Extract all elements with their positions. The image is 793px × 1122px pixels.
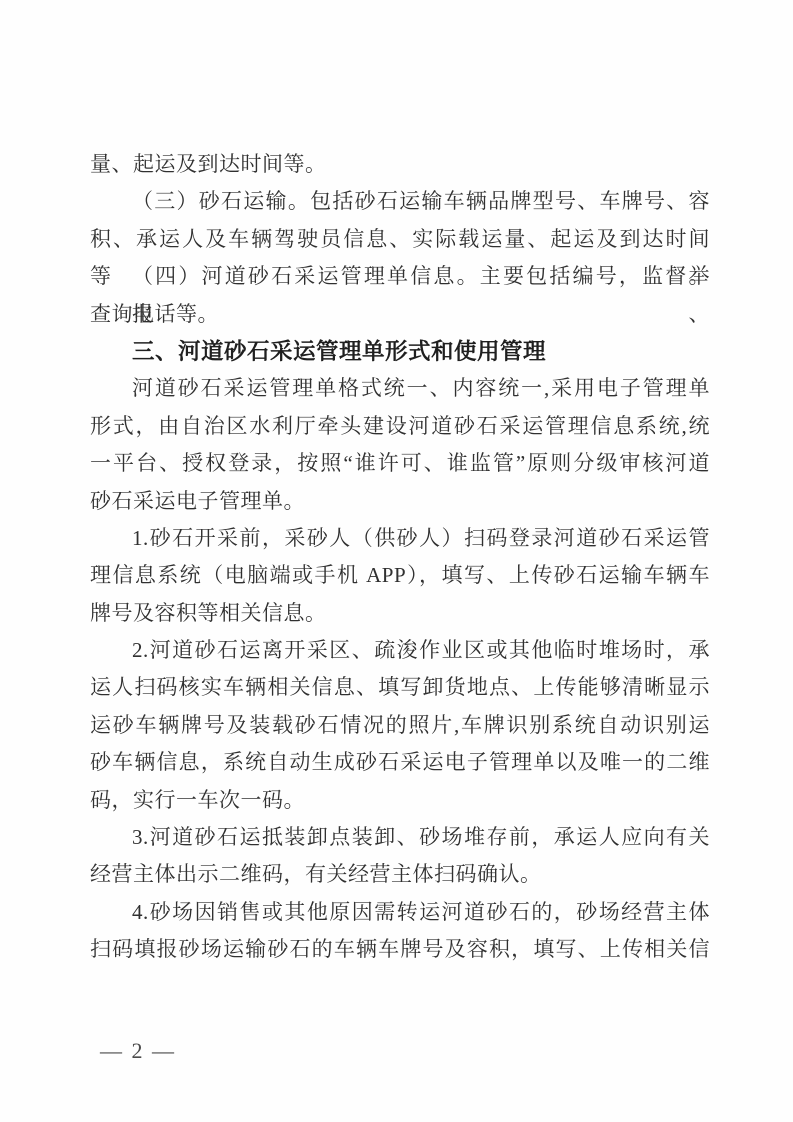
text-line: 一平台、授权登录，按照“谁许可、谁监管”原则分级审核河道: [90, 445, 710, 482]
document-text-block: 量、起运及到达时间等。 （三）砂石运输。包括砂石运输车辆品牌型号、车牌号、容 积…: [90, 146, 710, 969]
text-line: 砂石采运电子管理单。: [90, 483, 710, 520]
text-line: 扫码填报砂场运输砂石的车辆车牌号及容积，填写、上传相关信: [90, 931, 710, 968]
text-line: （四）河道砂石采运管理单信息。主要包括编号，监督举报、: [90, 258, 710, 295]
text-line: 2.河道砂石运离开采区、疏浚作业区或其他临时堆场时，承: [90, 632, 710, 669]
text-line: 4.砂场因销售或其他原因需转运河道砂石的，砂场经营主体: [90, 894, 710, 931]
document-page: 量、起运及到达时间等。 （三）砂石运输。包括砂石运输车辆品牌型号、车牌号、容 积…: [0, 0, 793, 1122]
text-line: 量、起运及到达时间等。: [90, 146, 710, 183]
text-line: 码，实行一车次一码。: [90, 782, 710, 819]
text-line: 理信息系统（电脑端或手机 APP），填写、上传砂石运输车辆车: [90, 557, 710, 594]
text-line: 1.砂石开采前，采砂人（供砂人）扫码登录河道砂石采运管: [90, 520, 710, 557]
text-line: 运砂车辆牌号及装载砂石情况的照片,车牌识别系统自动识别运: [90, 707, 710, 744]
section-heading: 三、河道砂石采运管理单形式和使用管理: [90, 333, 710, 370]
text-line: 牌号及容积等相关信息。: [90, 595, 710, 632]
text-line: 运人扫码核实车辆相关信息、填写卸货地点、上传能够清晰显示: [90, 669, 710, 706]
text-line: 形式，由自治区水利厅牵头建设河道砂石采运管理信息系统,统: [90, 408, 710, 445]
text-line: 3.河道砂石运抵装卸点装卸、砂场堆存前，承运人应向有关: [90, 819, 710, 856]
text-line: 积、承运人及车辆驾驶员信息、实际载运量、起运及到达时间等。: [90, 221, 710, 258]
text-line: 经营主体出示二维码，有关经营主体扫码确认。: [90, 856, 710, 893]
text-line: （三）砂石运输。包括砂石运输车辆品牌型号、车牌号、容: [90, 183, 710, 220]
text-line: 河道砂石采运管理单格式统一、内容统一,采用电子管理单: [90, 370, 710, 407]
page-number: — 2 —: [100, 1038, 176, 1064]
text-line: 砂车辆信息，系统自动生成砂石采运电子管理单以及唯一的二维: [90, 744, 710, 781]
